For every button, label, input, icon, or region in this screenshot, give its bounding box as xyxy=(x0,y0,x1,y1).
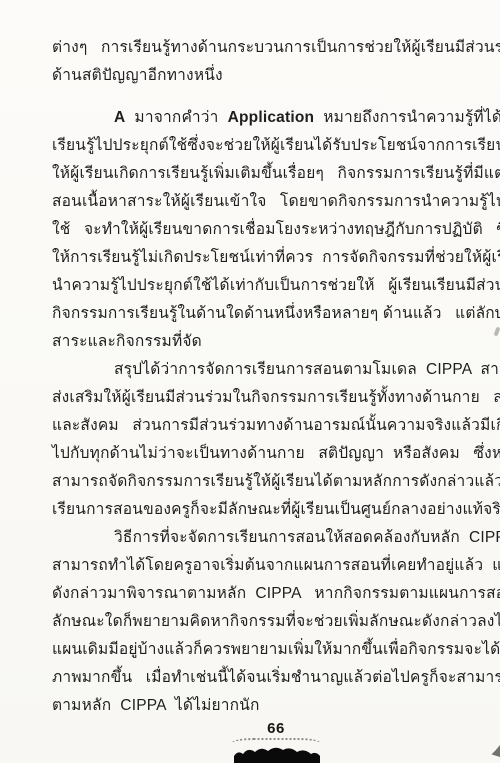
text-segment: มาจากคำว่า xyxy=(125,109,227,126)
text-line: ลักษณะใดก็พยายามคิดหากิจกรรมที่จะช่วยเพิ… xyxy=(52,608,488,636)
scan-corner-mark xyxy=(490,745,500,757)
text-segment: หมายถึงการนำความรู้ที่ได้ xyxy=(314,109,500,126)
text-line: สอนเนื้อหาสาระให้ผู้เรียนเข้าใจ โดยขาดกิ… xyxy=(52,188,488,216)
text-bold-segment: A xyxy=(114,109,125,126)
page-text: ต่างๆ การเรียนรู้ทางด้านกระบวนการเป็นการ… xyxy=(52,34,488,720)
ink-stamp xyxy=(234,744,320,763)
text-line: ไปกับทุกด้านไม่ว่าจะเป็นทางด้านกาย สติปั… xyxy=(52,440,488,468)
text-line: สามารถทำได้โดยครูอาจเริ่มต้นจากแผนการสอน… xyxy=(52,552,488,580)
text-line: วิธีการที่จะจัดการเรียนการสอนให้สอดคล้อง… xyxy=(52,524,488,552)
text-line: สรุปได้ว่าการจัดการเรียนการสอนตามโมเดล C… xyxy=(52,356,488,384)
text-line: สาระและกิจกรรมที่จัด xyxy=(52,328,488,356)
text-line: เรียนการสอนของครูก็จะมีลักษณะที่ผู้เรียน… xyxy=(52,496,488,524)
page-footer: 66 xyxy=(0,716,500,763)
text-line: ให้การเรียนรู้ไม่เกิดประโยชน์เท่าที่ควร … xyxy=(52,244,488,272)
text-line: แผนเดิมมีอยู่บ้างแล้วก็ควรพยายามเพิ่มให้… xyxy=(52,636,488,664)
text-line: ดังกล่าวมาพิจารณาตามหลัก CIPPA หากกิจกรร… xyxy=(52,580,488,608)
text-line: ให้ผู้เรียนเกิดการเรียนรู้เพิ่มเติมขึ้นเ… xyxy=(52,160,488,188)
ink-stamp-shape xyxy=(234,744,320,763)
text-line: เรียนรู้ไปประยุกต์ใช้ซึ่งจะช่วยให้ผู้เรี… xyxy=(52,132,488,160)
text-bold-segment: Application xyxy=(228,109,315,126)
text-line: ต่างๆ การเรียนรู้ทางด้านกระบวนการเป็นการ… xyxy=(52,34,488,62)
text-line: สามารถจัดกิจกรรมการเรียนรู้ให้ผู้เรียนได… xyxy=(52,468,488,496)
text-line: A มาจากคำว่า Application หมายถึงการนำควา… xyxy=(52,104,488,132)
text-line: ด้านสติปัญญาอีกทางหนึ่ง xyxy=(52,62,488,90)
text-line: ส่งเสริมให้ผู้เรียนมีส่วนร่วมในกิจกรรมกา… xyxy=(52,384,488,412)
document-page: ต่างๆ การเรียนรู้ทางด้านกระบวนการเป็นการ… xyxy=(0,0,500,763)
scan-speck xyxy=(494,327,500,337)
text-line: นำความรู้ไปประยุกต์ใช้ได้เท่ากับเป็นการช… xyxy=(52,272,488,300)
page-number: 66 xyxy=(236,720,316,737)
text-line: และสังคม ส่วนการมีส่วนร่วมทางด้านอารมณ์น… xyxy=(52,412,488,440)
text-line: ใช้ จะทำให้ผู้เรียนขาดการเชื่อมโยงระหว่า… xyxy=(52,216,488,244)
text-line: ภาพมากขึ้น เมื่อทำเช่นนี้ได้จนเริ่มชำนาญ… xyxy=(52,664,488,692)
text-line: กิจกรรมการเรียนรู้ในด้านใดด้านหนึ่งหรือห… xyxy=(52,300,488,328)
